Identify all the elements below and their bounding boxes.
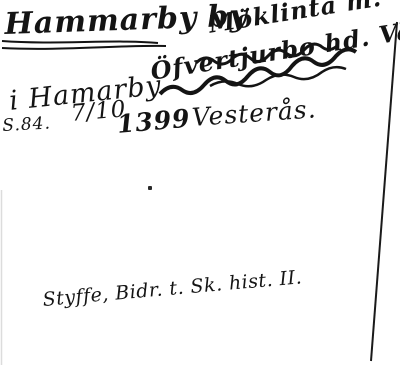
ink-speck — [148, 186, 152, 190]
source-reference: Styffe, Bidr. t. Sk. hist. II. — [42, 268, 303, 310]
place-heading-text: Hammarby — [4, 0, 198, 42]
place-underline-bottom — [2, 46, 166, 49]
page-ref: S.84. — [2, 115, 51, 135]
scanned-archive-card: Hammarbyby Möklinta m. Öfvertjurbo hd. V… — [0, 0, 400, 365]
date-year: 1399 — [116, 106, 191, 137]
diagonal-pen-line — [371, 22, 397, 361]
issue-place: Vesterås. — [191, 96, 317, 130]
place-underline-top — [2, 41, 158, 43]
